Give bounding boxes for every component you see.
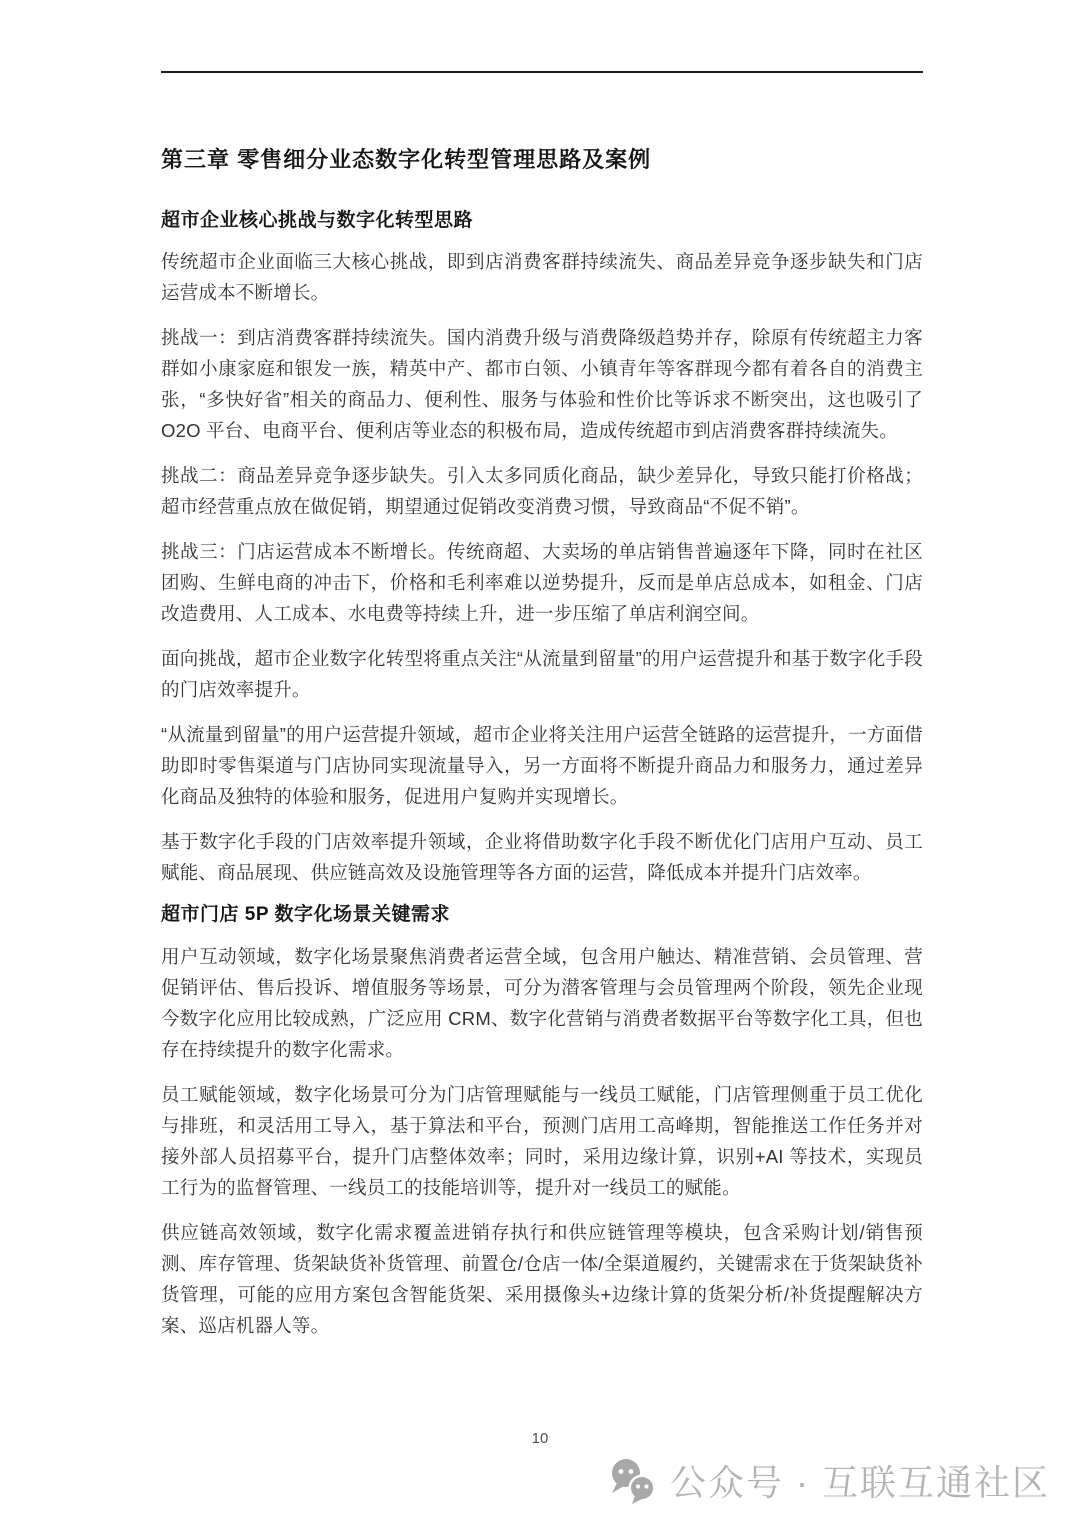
section-heading-supermarket-challenges: 超市企业核心挑战与数字化转型思路 — [161, 209, 923, 233]
body-paragraph-challenge-3: 挑战三：门店运营成本不断增长。传统商超、大卖场的单店销售普遍逐年下降，同时在社区… — [161, 536, 923, 629]
document-page: 第三章 零售细分业态数字化转型管理思路及案例 超市企业核心挑战与数字化转型思路 … — [0, 0, 1080, 1526]
watermark: 公众号 · 互联互通社区 — [606, 1455, 1050, 1506]
body-paragraph: 基于数字化手段的门店效率提升领域，企业将借助数字化手段不断优化门店用户互动、员工… — [161, 826, 923, 888]
body-paragraph: “从流量到留量”的用户运营提升领域，超市企业将关注用户运营全链路的运营提升，一方… — [161, 719, 923, 812]
watermark-text: 公众号 · 互联互通社区 — [670, 1455, 1050, 1506]
body-paragraph: 面向挑战，超市企业数字化转型将重点关注“从流量到留量”的用户运营提升和基于数字化… — [161, 643, 923, 705]
wechat-icon — [606, 1457, 658, 1505]
body-paragraph-user-interaction: 用户互动领域，数字化场景聚焦消费者运营全域，包含用户触达、精准营销、会员管理、营… — [161, 941, 923, 1065]
header-rule — [161, 71, 923, 73]
body-paragraph: 传统超市企业面临三大核心挑战，即到店消费客群持续流失、商品差异竞争逐步缺失和门店… — [161, 246, 923, 308]
page-number: 10 — [0, 1430, 1080, 1447]
section-heading-5p-scenarios: 超市门店 5P 数字化场景关键需求 — [161, 903, 923, 927]
body-paragraph-employee-enablement: 员工赋能领域，数字化场景可分为门店管理赋能与一线员工赋能，门店管理侧重于员工优化… — [161, 1079, 923, 1203]
chapter-title: 第三章 零售细分业态数字化转型管理思路及案例 — [161, 147, 923, 173]
page-content: 第三章 零售细分业态数字化转型管理思路及案例 超市企业核心挑战与数字化转型思路 … — [0, 71, 1080, 1341]
body-paragraph-challenge-2: 挑战二：商品差异竞争逐步缺失。引入太多同质化商品，缺少差异化，导致只能打价格战；… — [161, 460, 923, 522]
body-paragraph-supply-chain: 供应链高效领域，数字化需求覆盖进销存执行和供应链管理等模块，包含采购计划/销售预… — [161, 1217, 923, 1341]
body-paragraph-challenge-1: 挑战一：到店消费客群持续流失。国内消费升级与消费降级趋势并存，除原有传统超主力客… — [161, 322, 923, 446]
